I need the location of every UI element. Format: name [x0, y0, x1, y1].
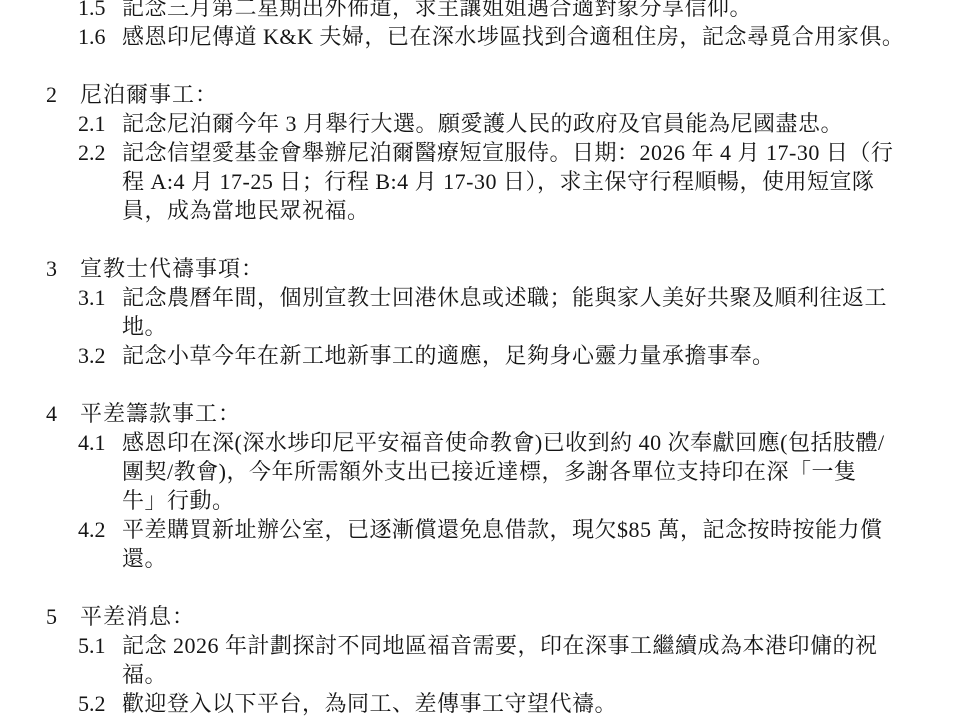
item-number: 2.2	[78, 138, 122, 167]
section-number: 3	[46, 254, 80, 283]
list-item: 1.6感恩印尼傳道 K&K 夫婦，已在深水埗區找到合適租住房，記念尋覓合用家俱。	[0, 22, 960, 51]
section-title: 尼泊爾事工：	[80, 80, 218, 109]
item-number: 5.1	[78, 631, 122, 660]
text-line: 歡迎登入以下平台，為同工、差傳事工守望代禱。	[122, 689, 960, 718]
text-line: 感恩印在深(深水埗印尼平安福音使命教會)已收到約 40 次奉獻回應(包括肢體/	[122, 428, 960, 457]
list-item: 3.1記念農曆年間，個別宣教士回港休息或述職；能與家人美好共聚及順利往返工地。	[0, 283, 960, 341]
text-line: 福。	[122, 660, 960, 689]
prayer-items-list: 1.5記念三月第二星期出外佈道，求主讓姐姐遇合適對象分享信仰。1.6感恩印尼傳道…	[0, 0, 960, 718]
item-text: 記念 2026 年計劃探討不同地區福音需要，印在深事工繼續成為本港印傭的祝福。	[122, 631, 960, 689]
item-number: 2.1	[78, 109, 122, 138]
text-line: 記念信望愛基金會舉辦尼泊爾醫療短宣服侍。日期：2026 年 4 月 17-30 …	[122, 138, 960, 167]
text-line: 記念三月第二星期出外佈道，求主讓姐姐遇合適對象分享信仰。	[122, 0, 960, 22]
section-title: 平差消息：	[80, 602, 195, 631]
list-item: 4.2平差購買新址辦公室，已逐漸償還免息借款，現欠$85 萬，記念按時按能力償還…	[0, 515, 960, 573]
text-line: 牛」行動。	[122, 486, 960, 515]
list-item: 2.2記念信望愛基金會舉辦尼泊爾醫療短宣服侍。日期：2026 年 4 月 17-…	[0, 138, 960, 225]
list-item: 2.1記念尼泊爾今年 3 月舉行大選。願愛護人民的政府及官員能為尼國盡忠。	[0, 109, 960, 138]
list-item: 5.2歡迎登入以下平台，為同工、差傳事工守望代禱。	[0, 689, 960, 718]
section-heading: 4平差籌款事工：	[0, 399, 960, 428]
item-text: 記念信望愛基金會舉辦尼泊爾醫療短宣服侍。日期：2026 年 4 月 17-30 …	[122, 138, 960, 225]
item-text: 記念三月第二星期出外佈道，求主讓姐姐遇合適對象分享信仰。	[122, 0, 960, 22]
section-heading: 2尼泊爾事工：	[0, 80, 960, 109]
item-text: 平差購買新址辦公室，已逐漸償還免息借款，現欠$85 萬，記念按時按能力償還。	[122, 515, 960, 573]
section-title: 宣教士代禱事項：	[80, 254, 264, 283]
text-line: 員，成為當地民眾祝福。	[122, 196, 960, 225]
item-text: 感恩印在深(深水埗印尼平安福音使命教會)已收到約 40 次奉獻回應(包括肢體/團…	[122, 428, 960, 515]
text-line: 記念 2026 年計劃探討不同地區福音需要，印在深事工繼續成為本港印傭的祝	[122, 631, 960, 660]
item-number: 5.2	[78, 689, 122, 718]
item-number: 3.2	[78, 341, 122, 370]
item-number: 3.1	[78, 283, 122, 312]
section-number: 2	[46, 80, 80, 109]
section-number: 5	[46, 602, 80, 631]
item-number: 4.1	[78, 428, 122, 457]
item-text: 歡迎登入以下平台，為同工、差傳事工守望代禱。	[122, 689, 960, 718]
text-line: 還。	[122, 544, 960, 573]
list-item: 4.1感恩印在深(深水埗印尼平安福音使命教會)已收到約 40 次奉獻回應(包括肢…	[0, 428, 960, 515]
section-number: 4	[46, 399, 80, 428]
text-line: 記念小草今年在新工地新事工的適應，足夠身心靈力量承擔事奉。	[122, 341, 960, 370]
text-line: 程 A:4 月 17-25 日；行程 B:4 月 17-30 日），求主保守行程…	[122, 167, 960, 196]
text-line: 記念尼泊爾今年 3 月舉行大選。願愛護人民的政府及官員能為尼國盡忠。	[122, 109, 960, 138]
list-item: 3.2記念小草今年在新工地新事工的適應，足夠身心靈力量承擔事奉。	[0, 341, 960, 370]
item-text: 記念尼泊爾今年 3 月舉行大選。願愛護人民的政府及官員能為尼國盡忠。	[122, 109, 960, 138]
item-text: 記念農曆年間，個別宣教士回港休息或述職；能與家人美好共聚及順利往返工地。	[122, 283, 960, 341]
section-heading: 3宣教士代禱事項：	[0, 254, 960, 283]
item-number: 1.5	[78, 0, 122, 22]
document-page: 1.5記念三月第二星期出外佈道，求主讓姐姐遇合適對象分享信仰。1.6感恩印尼傳道…	[0, 0, 960, 720]
item-number: 1.6	[78, 22, 122, 51]
item-text: 記念小草今年在新工地新事工的適應，足夠身心靈力量承擔事奉。	[122, 341, 960, 370]
text-line: 地。	[122, 312, 960, 341]
list-item: 5.1記念 2026 年計劃探討不同地區福音需要，印在深事工繼續成為本港印傭的祝…	[0, 631, 960, 689]
section-title: 平差籌款事工：	[80, 399, 241, 428]
section-heading: 5平差消息：	[0, 602, 960, 631]
item-number: 4.2	[78, 515, 122, 544]
item-text: 感恩印尼傳道 K&K 夫婦，已在深水埗區找到合適租住房，記念尋覓合用家俱。	[122, 22, 960, 51]
text-line: 平差購買新址辦公室，已逐漸償還免息借款，現欠$85 萬，記念按時按能力償	[122, 515, 960, 544]
text-line: 感恩印尼傳道 K&K 夫婦，已在深水埗區找到合適租住房，記念尋覓合用家俱。	[122, 22, 960, 51]
text-line: 團契/教會)，今年所需額外支出已接近達標，多謝各單位支持印在深「一隻	[122, 457, 960, 486]
list-item: 1.5記念三月第二星期出外佈道，求主讓姐姐遇合適對象分享信仰。	[0, 0, 960, 22]
text-line: 記念農曆年間，個別宣教士回港休息或述職；能與家人美好共聚及順利往返工	[122, 283, 960, 312]
